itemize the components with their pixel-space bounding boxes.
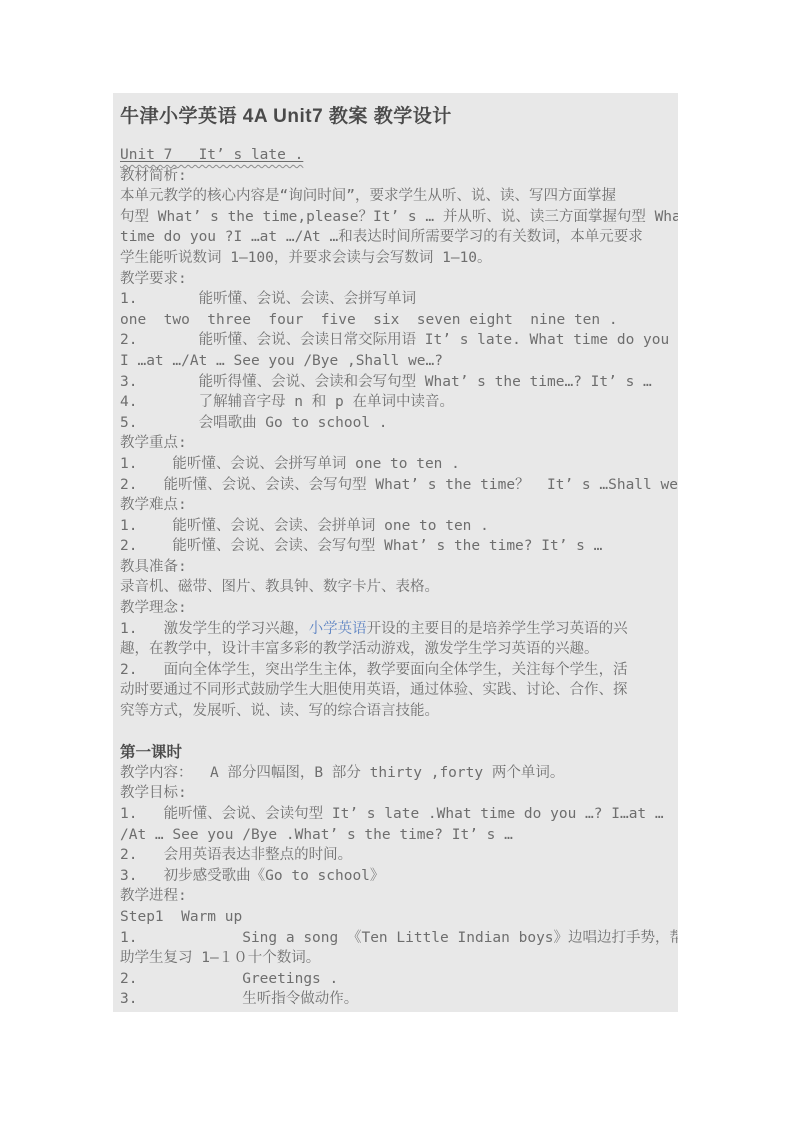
document-page: 牛津小学英语 4A Unit7 教案 教学设计 Unit 7 It’ s lat… <box>0 0 793 1122</box>
document-title: 牛津小学英语 4A Unit7 教案 教学设计 <box>120 105 678 129</box>
doc-line: 3. 初步感受歌曲《Go to school》 <box>120 866 678 887</box>
doc-line: 教学进程: <box>120 886 678 907</box>
doc-line: 2. 会用英语表达非整点的时间。 <box>120 845 678 866</box>
doc-line: 教学内容： A 部分四幅图，B 部分 thirty ,forty 两个单词。 <box>120 763 678 784</box>
doc-line: I …at …/At … See you /Bye ,Shall we…? <box>120 351 678 372</box>
doc-line: 助学生复习 1—１０十个数词。 <box>120 948 678 969</box>
doc-line: 2. 能听懂、会说、会读日常交际用语 It’ s late. What time… <box>120 330 678 351</box>
doc-line: Step1 Warm up <box>120 907 678 928</box>
document-body: Unit 7 It’ s late .教材简析:本单元教学的核心内容是“询问时间… <box>120 145 678 1010</box>
doc-line: 3. 生听指令做动作。 <box>120 989 678 1010</box>
doc-line: 1. 能听懂、会说、会读、会拼写单词 <box>120 289 678 310</box>
doc-line: 2. 能听懂、会说、会读、会写句型 What’ s the time? It’ … <box>120 536 678 557</box>
unit-heading-wavy-underline: Unit 7 It’ s late . <box>120 147 303 163</box>
doc-line: 动时要通过不同形式鼓励学生大胆使用英语，通过体验、实践、讨论、合作、探 <box>120 680 678 701</box>
doc-line: 1. 能听懂、会说、会读、会拼单词 one to ten . <box>120 516 678 537</box>
doc-line: 2. Greetings . <box>120 969 678 990</box>
doc-line: one two three four five six seven eight … <box>120 310 678 331</box>
doc-line: 3. 能听得懂、会说、会读和会写句型 What’ s the time…? It… <box>120 372 678 393</box>
doc-line: 1. Sing a song 《Ten Little Indian boys》边… <box>120 928 678 949</box>
doc-line: 教学理念: <box>120 598 678 619</box>
doc-line: 1. 能听懂、会说、会读句型 It’ s late .What time do … <box>120 804 678 825</box>
doc-line: 第一课时 <box>120 742 678 763</box>
doc-line: 究等方式，发展听、说、读、写的综合语言技能。 <box>120 701 678 722</box>
doc-line: 教学要求: <box>120 269 678 290</box>
doc-line: 4. 了解辅音字母 n 和 p 在单词中读音。 <box>120 392 678 413</box>
doc-line: 教学难点: <box>120 495 678 516</box>
doc-line: 教材简析: <box>120 166 678 187</box>
doc-line: 1. 激发学生的学习兴趣，小学英语开设的主要目的是培养学生学习英语的兴 <box>120 619 678 640</box>
doc-line: 录音机、磁带、图片、教具钟、数字卡片、表格。 <box>120 577 678 598</box>
doc-line: 学生能听说数词 1—100，并要求会读与会写数词 1—10。 <box>120 248 678 269</box>
doc-line: 句型 What’ s the time,please？It’ s … 并从听、说… <box>120 207 678 228</box>
doc-line: 教学重点: <box>120 433 678 454</box>
doc-line: 2. 面向全体学生，突出学生主体，教学要面向全体学生，关注每个学生，活 <box>120 660 678 681</box>
document-content-block: 牛津小学英语 4A Unit7 教案 教学设计 Unit 7 It’ s lat… <box>113 93 678 1012</box>
doc-line: 教学目标: <box>120 783 678 804</box>
doc-line-text: 1. 激发学生的学习兴趣， <box>120 621 309 637</box>
doc-line: /At … See you /Bye .What’ s the time? It… <box>120 825 678 846</box>
doc-line: 2. 能听懂、会说、会读、会写句型 What’ s the time？ It’ … <box>120 475 678 496</box>
doc-line <box>120 722 678 743</box>
doc-line: Unit 7 It’ s late . <box>120 145 678 166</box>
doc-line: 趣，在教学中，设计丰富多彩的教学活动游戏，激发学生学习英语的兴趣。 <box>120 639 678 660</box>
doc-line: time do you ?I …at …/At …和表达时间所需要学习的有关数词… <box>120 227 678 248</box>
doc-line-text: 开设的主要目的是培养学生学习英语的兴 <box>367 621 628 637</box>
doc-line: 教具准备: <box>120 557 678 578</box>
doc-line: 5. 会唱歌曲 Go to school . <box>120 413 678 434</box>
doc-line: 本单元教学的核心内容是“询问时间”，要求学生从听、说、读、写四方面掌握 <box>120 186 678 207</box>
doc-line: 1. 能听懂、会说、会拼写单词 one to ten . <box>120 454 678 475</box>
unit-heading: Unit 7 It’ s late . <box>120 147 303 163</box>
primary-english-link[interactable]: 小学英语 <box>309 621 367 637</box>
